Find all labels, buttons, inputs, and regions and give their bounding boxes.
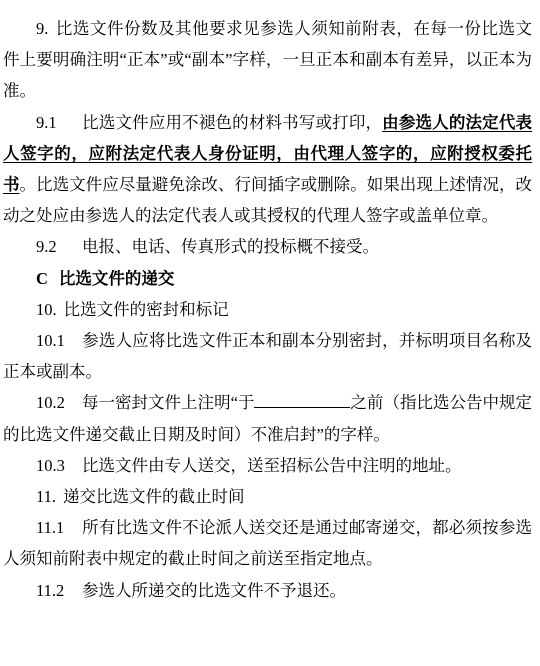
clause-text: 电报、电话、传真形式的投标概不接受。 [82, 237, 379, 256]
clause-number: 10.2 [36, 387, 82, 418]
clause-number: 11. [36, 487, 56, 506]
clause-number: 9. [36, 19, 48, 38]
section-title: 比选文件的递交 [59, 269, 175, 288]
clause-text: 参选人所递交的比选文件不予退还。 [82, 581, 346, 600]
clause-text: 所有比选文件不论派人送交还是通过邮寄递交，都必须按参选人须知前附表中规定的截止时… [3, 518, 532, 568]
clause-11-1: 11.1所有比选文件不论派人送交还是通过邮寄递交，都必须按参选人须知前附表中规定… [3, 512, 532, 574]
clause-text: 每一密封文件上注明“于 [82, 393, 254, 412]
clause-number: 10. [36, 300, 57, 319]
clause-number: 9.2 [36, 231, 82, 262]
clause-text: 比选文件由专人送交，送至招标公告中注明的地址。 [82, 456, 462, 475]
clause-number: 11.2 [36, 575, 82, 606]
section-heading-c: C比选文件的递交 [3, 263, 532, 294]
clause-11-2: 11.2参选人所递交的比选文件不予退还。 [3, 575, 532, 606]
clause-11: 11.递交比选文件的截止时间 [3, 481, 532, 512]
clause-number: 11.1 [36, 512, 82, 543]
clause-text: 递交比选文件的截止时间 [63, 487, 245, 506]
clause-9-2: 9.2电报、电话、传真形式的投标概不接受。 [3, 231, 532, 262]
clause-text: 。比选文件应尽量避免涂改、行间插字或删除。如果出现上述情况，改动之处应由参选人的… [3, 175, 532, 225]
clause-text: 比选文件份数及其他要求见参选人须知前附表，在每一份比选文件上要明确注明“正本”或… [3, 19, 532, 100]
clause-text: 比选文件的密封和标记 [64, 300, 229, 319]
clause-text: 参选人应将比选文件正本和副本分别密封，并标明项目名称及正本或副本。 [3, 331, 532, 381]
clause-9: 9.比选文件份数及其他要求见参选人须知前附表，在每一份比选文件上要明确注明“正本… [3, 13, 532, 107]
clause-number: 10.3 [36, 450, 82, 481]
clause-10-2: 10.2每一密封文件上注明“于之前（指比选公告中规定的比选文件递交截止日期及时间… [3, 387, 532, 449]
document-page: 9.比选文件份数及其他要求见参选人须知前附表，在每一份比选文件上要明确注明“正本… [0, 0, 540, 666]
fill-in-blank-line [254, 392, 350, 409]
clause-10: 10.比选文件的密封和标记 [3, 294, 532, 325]
clause-number: 9.1 [36, 107, 82, 138]
clause-10-3: 10.3比选文件由专人送交，送至招标公告中注明的地址。 [3, 450, 532, 481]
clause-10-1: 10.1参选人应将比选文件正本和副本分别密封，并标明项目名称及正本或副本。 [3, 325, 532, 387]
clause-text: 比选文件应用不褪色的材料书写或打印， [82, 113, 382, 132]
clause-9-1: 9.1比选文件应用不褪色的材料书写或打印，由参选人的法定代表人签字的，应附法定代… [3, 107, 532, 232]
section-letter: C [36, 269, 48, 288]
clause-number: 10.1 [36, 325, 82, 356]
